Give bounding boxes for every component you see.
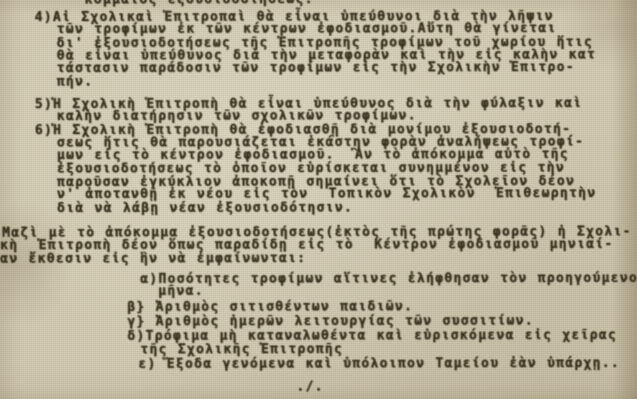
- paragraph-4-line-2: τῶν τροφίμων ἐκ τῶν κέντρων ἐφοδιασμοῦ.Α…: [57, 22, 557, 36]
- paragraph-4-line-5: τάστασιν παράδοσιν τῶν τροφίμων εἰς τὴν …: [57, 61, 575, 75]
- list-item-alpha-line-1: α)Ποσότητες τροφίμων αἵτινες ἐλήφθησαν τ…: [140, 272, 637, 286]
- list-item-gamma: γ} Ἀριθμὸς ἡμερῶν λειτουργίας τῶν συσσιτ…: [127, 315, 534, 329]
- list-item-alpha-line-2: μῆνα.: [158, 285, 204, 298]
- end-of-document-mark: ./.: [296, 381, 323, 394]
- list-item-delta-line-1: δ)Τρόφιμα μὴ καταναλωθέντα καὶ εὑρισκόμε…: [127, 329, 617, 343]
- paragraph-4-line-6: πήν.: [57, 75, 94, 88]
- list-item-delta-line-2: τῆς Σχολικῆς Ἐπιτροπῆς: [140, 343, 343, 356]
- paragraph-6-line-7: διὰ νὰ λάβῃ νέαν ἐξουσιοδότησιν.: [57, 202, 353, 216]
- closing-paragraph-line-3: αν ἔκθεσιν εἰς ἣν νὰ ἐμφαίνωνται:: [0, 252, 306, 266]
- paragraph-5-line-2: καλὴν διατήρησιν τῶν σχολικῶν τροφίμων.: [57, 109, 417, 123]
- scanned-document-page: κόμματος ἐξουσιοδοτήσεως. 4)Αἱ Σχολικαὶ …: [0, 0, 637, 399]
- list-item-epsilon: ε) Ἔξοδα γενόμενα καὶ ὑπόλοιπον Ταμείου …: [138, 357, 620, 371]
- list-item-beta: β} Ἀριθμὸς σιτισθέντων παιδιῶν.: [127, 300, 413, 314]
- paragraph-6-line-6: ν' ἀποτανθῇ ἐκ νέου εἰς τὸν Τοπικὸν Σχολ…: [57, 187, 596, 201]
- closing-paragraph-line-2: κὴ Ἐπιτροπὴ δέον ὅπως παραδίδῃ εἰς τὸ Κέ…: [0, 238, 613, 252]
- top-cutoff-line: κόμματος ἐξουσιοδοτήσεως.: [85, 0, 314, 6]
- typewritten-text-layer: κόμματος ἐξουσιοδοτήσεως. 4)Αἱ Σχολικαὶ …: [0, 0, 637, 399]
